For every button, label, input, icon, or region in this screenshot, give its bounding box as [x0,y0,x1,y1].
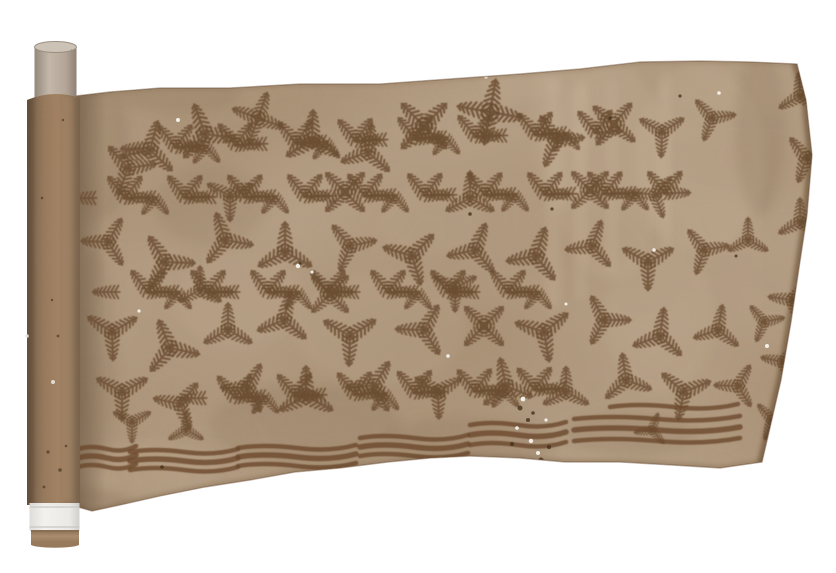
roller-body [25,94,80,505]
photo-canvas [0,0,836,573]
roller-end-cap [31,530,79,548]
roller-plastic-sleeve [30,503,80,531]
tapa-scroll-photo [0,0,836,573]
roller [25,42,80,548]
bark-cloth [50,30,836,520]
